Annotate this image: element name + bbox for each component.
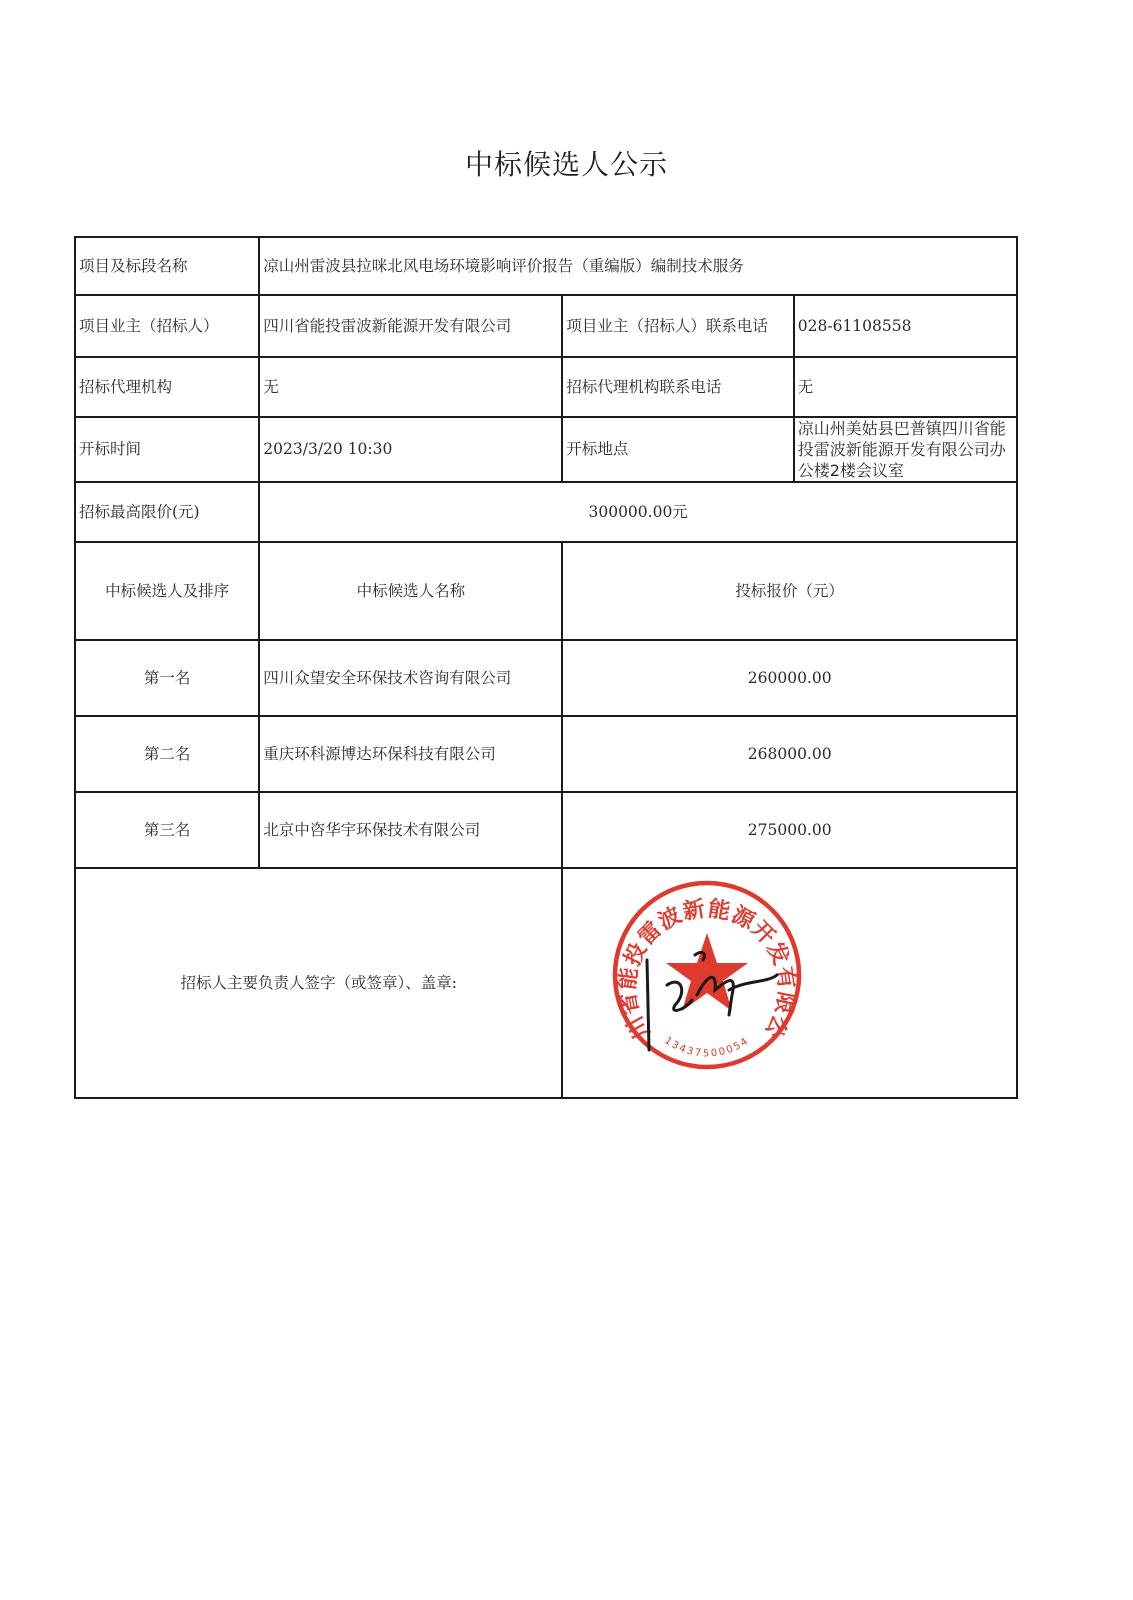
candidate-name: 重庆环科源博达环保科技有限公司 (259, 716, 562, 792)
agency-row: 招标代理机构 无 招标代理机构联系电话 无 (75, 357, 1017, 417)
bid-price-header: 投标报价（元） (562, 542, 1017, 640)
open-time-label: 开标时间 (75, 417, 259, 482)
candidate-row: 第三名 北京中咨华宇环保技术有限公司 275000.00 (75, 792, 1017, 868)
max-price-label: 招标最高限价(元) (75, 482, 259, 542)
project-name-label: 项目及标段名称 (75, 237, 259, 295)
open-place-value: 凉山州美姑县巴普镇四川省能投雷波新能源开发有限公司办公楼2楼会议室 (794, 417, 1017, 482)
candidate-rank: 第二名 (75, 716, 259, 792)
agency-phone-value: 无 (794, 357, 1017, 417)
candidate-name: 四川众望安全环保技术咨询有限公司 (259, 640, 562, 716)
owner-row: 项目业主（招标人） 四川省能投雷波新能源开发有限公司 项目业主（招标人）联系电话… (75, 295, 1017, 357)
owner-phone-value: 028-61108558 (794, 295, 1017, 357)
signature-row: 招标人主要负责人签字（或签章）、盖章: 四川省能投雷波新能源开发有限公司 513… (75, 868, 1017, 1098)
open-time-value: 2023/3/20 10:30 (259, 417, 562, 482)
owner-label: 项目业主（招标人） (75, 295, 259, 357)
max-price-row: 招标最高限价(元) 300000.00元 (75, 482, 1017, 542)
candidates-header-row: 中标候选人及排序 中标候选人名称 投标报价（元） (75, 542, 1017, 640)
candidate-price: 268000.00 (562, 716, 1017, 792)
open-place-label: 开标地点 (562, 417, 793, 482)
owner-value: 四川省能投雷波新能源开发有限公司 (259, 295, 562, 357)
candidate-price: 275000.00 (562, 792, 1017, 868)
project-name-row: 项目及标段名称 凉山州雷波县拉咪北风电场环境影响评价报告（重编版）编制技术服务 (75, 237, 1017, 295)
candidate-name-header: 中标候选人名称 (259, 542, 562, 640)
company-seal-icon: 四川省能投雷波新能源开发有限公司 5134375000545 (607, 875, 807, 1080)
candidate-row: 第二名 重庆环科源博达环保科技有限公司 268000.00 (75, 716, 1017, 792)
candidate-name: 北京中咨华宇环保技术有限公司 (259, 792, 562, 868)
candidate-rank: 第一名 (75, 640, 259, 716)
agency-phone-label: 招标代理机构联系电话 (562, 357, 793, 417)
announcement-table: 项目及标段名称 凉山州雷波县拉咪北风电场环境影响评价报告（重编版）编制技术服务 … (74, 236, 1018, 1099)
seal-cell: 四川省能投雷波新能源开发有限公司 5134375000545 (562, 868, 1017, 1098)
max-price-value: 300000.00元 (259, 482, 1017, 542)
project-name-value: 凉山州雷波县拉咪北风电场环境影响评价报告（重编版）编制技术服务 (259, 237, 1017, 295)
opening-row: 开标时间 2023/3/20 10:30 开标地点 凉山州美姑县巴普镇四川省能投… (75, 417, 1017, 482)
candidate-row: 第一名 四川众望安全环保技术咨询有限公司 260000.00 (75, 640, 1017, 716)
document-title: 中标候选人公示 (0, 143, 1133, 183)
owner-phone-label: 项目业主（招标人）联系电话 (562, 295, 793, 357)
candidate-price: 260000.00 (562, 640, 1017, 716)
candidate-rank: 第三名 (75, 792, 259, 868)
agency-label: 招标代理机构 (75, 357, 259, 417)
agency-value: 无 (259, 357, 562, 417)
rank-header: 中标候选人及排序 (75, 542, 259, 640)
signature-label: 招标人主要负责人签字（或签章）、盖章: (75, 868, 562, 1098)
